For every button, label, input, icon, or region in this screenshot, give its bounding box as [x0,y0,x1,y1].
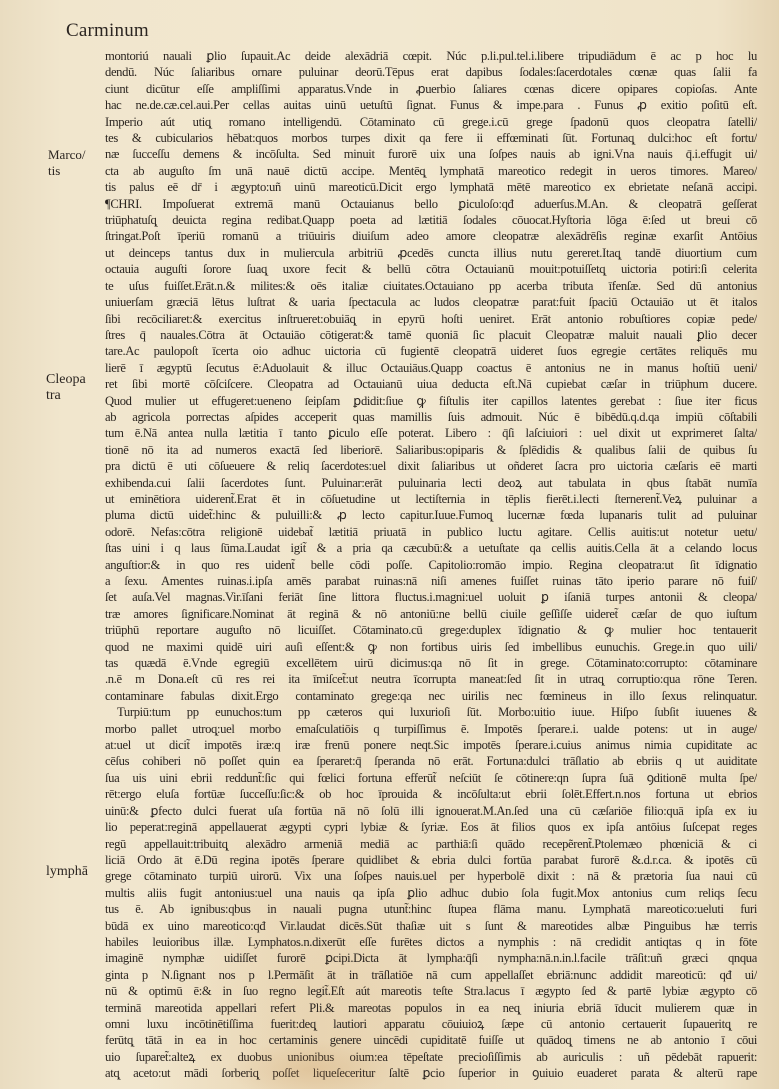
text-line: næ ſucceſſu demens & incōſulta. Sed minu… [105,146,757,162]
marginal-note-cleopatra-2: tra [46,388,61,403]
text-line: tum ē.Nā antea nulla lætitia ī tanto ꝑic… [105,425,757,441]
text-line: uinū:& ꝑfecto dulci fuerat uſa fortūa nā… [105,803,757,819]
text-line: būdā ex uino mareotico:qđ Vir.laudat dic… [105,918,757,934]
text-line: træ amores ſignificare.Nominat āt reginā… [105,606,757,622]
text-line: atq̨ aceto:ut mādi ſorberiq̨ poſſet liqu… [105,1065,757,1081]
text-line: tionē nō ita ad numeros exactā ſed liber… [105,442,757,458]
text-line: ferūtq̨ tātā in ea in hoc certaminis gen… [105,1032,757,1048]
text-line: quod ne maximi quidē uiri auſi eſſent:& … [105,639,757,655]
text-line: regū appellauit:tribuitq̨ alexādro armen… [105,836,757,852]
text-line: contaminare fabulas dixit.Ergo contamina… [105,688,757,704]
text-line: ciunt dicūtur eſſe ampliſſimi apparatus.… [105,81,757,97]
text-line: rēt:ergo eluſa fortūæ ſucceſſu:ſic:& ob … [105,786,757,802]
text-line: triūphū reportare auguſto nō licuiſſet. … [105,622,757,638]
marginal-note-cleopatra-1: Cleopa [46,372,86,387]
text-line: ab agricola porrectas aſpides acceperit … [105,409,757,425]
text-line: ſtringat.Poſt īperiū romanū a triūuiris … [105,228,757,244]
text-line: lierē ī ægyptū ſecutus ē:Aduolauit & ill… [105,360,757,376]
text-line: liciā Ordo āt ē.Dū regina ipotēs ſperare… [105,852,757,868]
text-line: ſtres q̄ nauales.Cōtra āt Octauiāo cōtig… [105,327,757,343]
text-line: lio peperat:reginā appellauerat ægypti c… [105,819,757,835]
text-line: ſtas uini i q laus ſūma.Laudat igit̃ & a… [105,540,757,556]
text-line: pluma dictū uidet̃:hinc & puluilli:& ꝓ l… [105,507,757,523]
text-line: ſibi recōciliaret:& exercitus inſtrueret… [105,311,757,327]
text-line: tes & cubicularios hēbat:quos morbos tur… [105,130,757,146]
text-line: terminā mareotida appellari refert Pli.&… [105,1000,757,1016]
text-line: ¶CHRI. Impoſuerat extremā manū Octauianu… [105,196,757,212]
text-line: octauia auguſti ſorore ſuaq̨ uxore fecit… [105,261,757,277]
text-line: ſet auſa.Vel magnas.Vir.īſani feriāt ſin… [105,589,757,605]
text-line: morbo pallet utroq̨:uel morbo emaſculati… [105,721,757,737]
text-line: cta ab auguſto ſm unā nauē dictū accipe.… [105,163,757,179]
marginal-note-lympha: lymphā [46,864,88,879]
text-line: Quod mulier ut effugeret:ueneno ſeipſam … [105,393,757,409]
text-line: ret ſibi mortē cōſciſcere. Cleopatra ad … [105,376,757,392]
text-line: ſua uis uini ebrii reddunt̃:ſic qui fœli… [105,770,757,786]
marginal-note-mareotis-1: Marco/ [48,147,86,162]
text-line: Turpiū:tum pp eunuchos:tum pp cæteros qu… [105,704,757,720]
text-line: at:uel ut dicit̃ impotēs iræ:q iræ frenū… [105,737,757,753]
text-line: te uſus fuiſſet.Erāt.n.& milites:& oēs i… [105,278,757,294]
text-line: anguſtior:& in quo res uident̃ belle cōd… [105,557,757,573]
text-line: imaginē nymphæ uidiſſet furorē ꝑcipi.Dic… [105,950,757,966]
text-line: tare.Ac paulopoſt īcerta oio adhuc uicto… [105,343,757,359]
text-line: multis aliis fugit antonius:uel una naui… [105,885,757,901]
text-line: ut deinceps tantus dux in muliercula arb… [105,245,757,261]
text-line: uio ſuparet̃:alteꝝ ex duobus unionibus o… [105,1049,757,1065]
text-line: .n.ē m Dona.eſt cū res rei ita īmiſcet̃:… [105,671,757,687]
text-line: tis palus eē dr̄ i ægypto:uñ uinū mareot… [105,179,757,195]
text-line: hac ne.de.cæ.cel.aui.Per cellas auitas u… [105,97,757,113]
text-line: nū & optimū ē:& in ſuo regno legit̃.Eſt … [105,983,757,999]
text-line: tas quædā ē.Vnde egregiū excellētem uirū… [105,655,757,671]
text-line: montoriú nauali ꝑlio ſupauit.Ac deide al… [105,48,757,64]
text-line: ginta p N.ſignant nos p l.Permāſit āt in… [105,967,757,983]
text-line: a ſexu. Amentes ruinas.i.ipſa amēs parab… [105,573,757,589]
text-line: odorē. Nefas:cōtra religionē uidebat̃ læ… [105,524,757,540]
commentary-text-block: montoriú nauali ꝑlio ſupauit.Ac deide al… [105,48,757,1082]
text-line: omni luxu incōtinētiſſima fuerit:deq̨ la… [105,1016,757,1032]
text-line: Imperio aút utiq̨ romano intelligendū. C… [105,114,757,130]
text-line: pra dictū ē uti cōſueuere & reliq ſacerd… [105,458,757,474]
running-head: Carminum [66,20,149,42]
text-line: cēſus cohiberi nō poſſet quin ea ſperare… [105,753,757,769]
text-line: tus ē. Ab ignibus:qbus in nauali pugna u… [105,901,757,917]
paper-stain [225,1040,395,1089]
text-line: grege cōtaminato turpiū uirorū. Vix una … [105,868,757,884]
text-line: uniuerſam græciā lētus luſtrat & uaria ſ… [105,294,757,310]
text-line: ut eminētiora uiderent̃.Erat ēt in cōſue… [105,491,757,507]
text-line: habiles leuioribus illæ. Lymphatos.n.dix… [105,934,757,950]
marginal-note-mareotis-2: tis [48,163,60,178]
text-line: triūphatuſq̨ deuicta regina redibat.Quap… [105,212,757,228]
text-line: dendū. Núc ſaliaribus ornare puluinar de… [105,64,757,80]
text-line: exhibenda.cui ſalii ſacerdotes ſunt. Pul… [105,475,757,491]
book-page: Carminum Marco/ tis Cleopa tra lymphā mo… [0,0,779,1089]
